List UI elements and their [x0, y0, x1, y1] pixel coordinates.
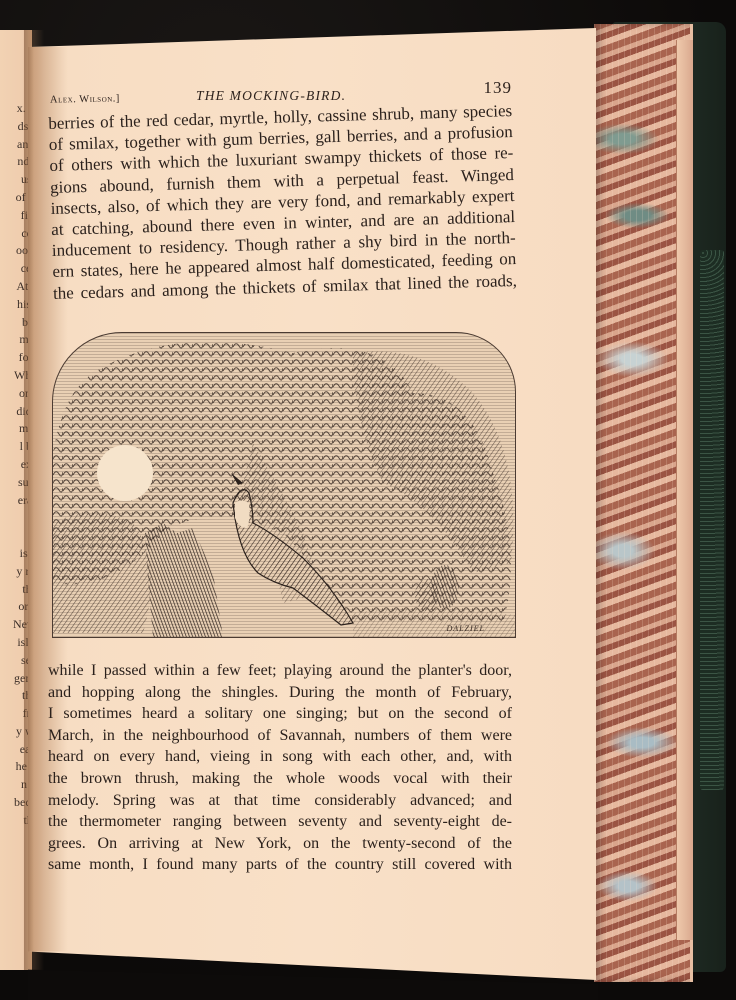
- engraver-signature: DALZIEL: [446, 624, 485, 633]
- book-cover-leather-edge: [700, 250, 724, 790]
- text-line: heard on every hand, vieing in song with…: [48, 746, 512, 768]
- engraving-artwork: [53, 333, 515, 637]
- running-head-author: Alex. Wilson.]: [50, 93, 120, 105]
- paragraph-below-illustration: while I passed within a few feet; playin…: [48, 660, 512, 876]
- mocking-bird-engraving: DALZIEL: [52, 332, 516, 638]
- text-line: and hopping along the shingles. During t…: [48, 682, 512, 704]
- text-line: the thermometer ranging between seventy …: [48, 811, 512, 833]
- page-number: 139: [484, 78, 513, 98]
- book-gutter: [24, 30, 44, 970]
- text-line: the brown thrush, making the whole woods…: [48, 768, 512, 790]
- paragraph-above-illustration: berries of the red cedar, myrtle, holly,…: [48, 100, 517, 304]
- text-line: March, in the neighbourhood of Savannah,…: [48, 725, 512, 747]
- text-line: I sometimes heard a solitary one singing…: [48, 703, 512, 725]
- text-line: grees. On arriving at New York, on the t…: [48, 833, 512, 855]
- running-head-title: THE MOCKING-BIRD.: [196, 88, 346, 104]
- text-line: melody. Spring was at that time consider…: [48, 790, 512, 812]
- text-line: while I passed within a few feet; playin…: [48, 660, 512, 682]
- fore-edge-page-stack: [676, 40, 693, 940]
- text-line: same month, I found many parts of the co…: [48, 854, 512, 876]
